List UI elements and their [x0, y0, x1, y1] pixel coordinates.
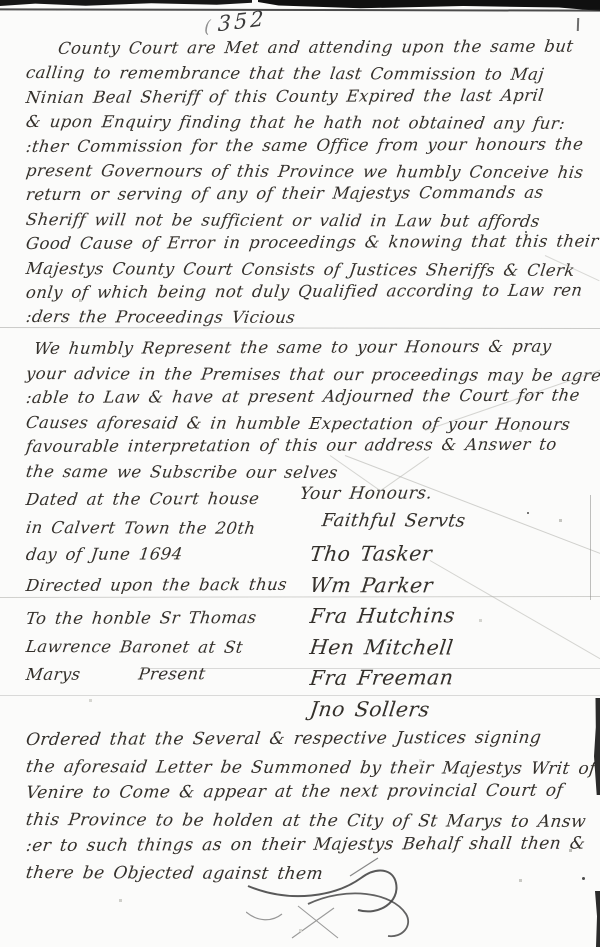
paragraph-petition: We humbly Represent the same to your Hon…	[26, 337, 588, 485]
dateline-line: Dated at the Court house	[24, 485, 261, 514]
address-block: To the honble Sr Thomas Lawrence Baronet…	[26, 605, 256, 689]
manuscript-line: We humbly Represent the same to your Hon…	[25, 335, 590, 362]
manuscript-line: the same we Subscribe our selves	[24, 460, 589, 487]
crease-line	[0, 695, 600, 696]
dateline-block: Dated at the Court house in Calvert Town…	[26, 486, 259, 569]
manuscript-page: (352 County Court are Met and attending …	[0, 0, 600, 947]
address-present-label: Present	[137, 660, 207, 688]
address-line: Marys Present	[24, 660, 258, 689]
ink-flourish	[246, 856, 471, 946]
manuscript-line: Venire to Come & appear at the next prov…	[24, 778, 589, 807]
signature: Tho Tasker	[298, 538, 467, 570]
scan-streak	[594, 698, 600, 795]
address-place: Marys	[24, 661, 82, 689]
scan-artifact-band-left	[0, 0, 252, 6]
manuscript-line: :able to Law & have at present Adjourned…	[25, 384, 590, 411]
docket-heading: Directed upon the back thus	[26, 576, 287, 595]
signature: Hen Mitchell	[298, 632, 467, 664]
manuscript-line: Good Cause of Error in proceedings & kno…	[25, 230, 590, 257]
manuscript-line: return or serving of any of their Majest…	[25, 181, 590, 208]
ink-speck	[525, 231, 527, 233]
scan-streak	[595, 891, 600, 947]
manuscript-line: County Court are Met and attending upon …	[25, 35, 590, 62]
signature: Jno Sollers	[298, 694, 467, 726]
dateline-line: in Calvert Town the 20th	[24, 514, 261, 542]
manuscript-line: favourable interpretation of this our ad…	[25, 433, 590, 460]
manuscript-line: Ordered that the Several & respective Ju…	[24, 725, 589, 754]
signature-block: Your Honours. Faithful Servts Tho Tasker…	[300, 484, 466, 725]
ink-tick-mark	[577, 18, 579, 31]
crease-line	[590, 495, 591, 600]
ink-speck	[582, 877, 585, 880]
manuscript-line: only of which being not duly Qualified a…	[25, 279, 590, 306]
manuscript-line: Directed upon the back thus	[25, 575, 288, 595]
crease-line	[140, 668, 600, 669]
address-line: To the honble Sr Thomas	[24, 604, 258, 633]
manuscript-line: Ninian Beal Sheriff of this County Expir…	[25, 83, 590, 110]
ink-paren-stroke: (	[204, 17, 214, 38]
signature: Fra Hutchins	[298, 600, 467, 632]
manuscript-line: :ther Commission for the same Office fro…	[25, 132, 590, 159]
closing-salutation: Your Honours.	[299, 483, 467, 504]
paragraph-court-statement: County Court are Met and attending upon …	[26, 37, 588, 330]
ink-speck	[527, 512, 529, 514]
paper-noise	[0, 0, 1, 1]
dateline-line: day of June 1694	[24, 540, 261, 569]
closing-valediction: Faithful Servts	[299, 510, 467, 532]
page-number-value: 352	[218, 6, 267, 36]
address-line: Lawrence Baronet at St	[24, 633, 258, 662]
